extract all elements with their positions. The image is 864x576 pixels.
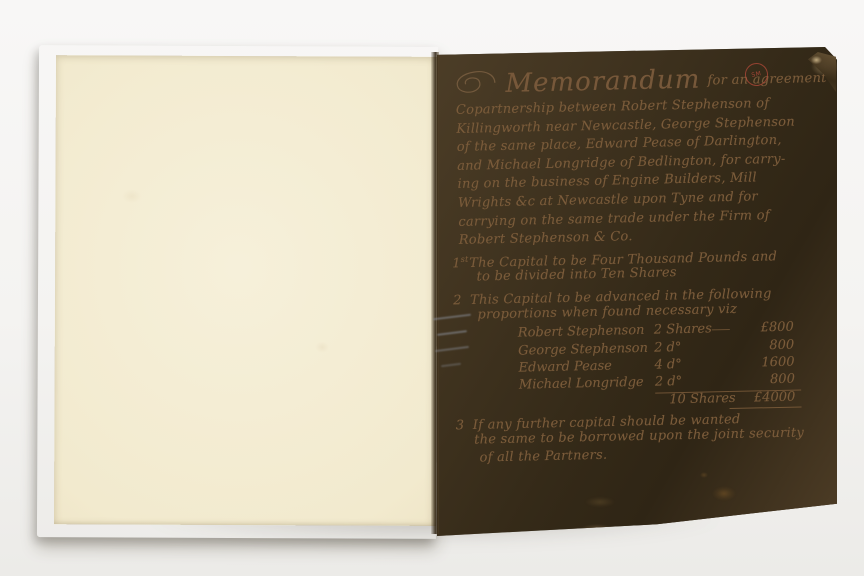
manuscript-text-block: Memorandum for an agreement of Copartner… <box>452 58 827 469</box>
document-title: Memorandum <box>505 65 701 99</box>
clause-1-number: 1st <box>452 250 469 273</box>
ghost-offset-marks <box>433 316 479 386</box>
page-stain <box>585 497 615 507</box>
ink-leader-line <box>712 329 730 330</box>
photo-of-open-notebook: Memorandum for an agreement of Copartner… <box>0 0 864 576</box>
clause-2-number: 2 <box>453 288 470 311</box>
left-cover-board-marbled <box>37 45 438 539</box>
capital-shares-table: Robert Stephenson 2 Shares £800 George S… <box>518 318 826 412</box>
page-stain <box>700 472 708 478</box>
clause-3-number: 3 <box>456 413 473 436</box>
total-amount: £4000 <box>729 388 801 409</box>
book-gutter <box>431 52 439 534</box>
calligraphic-flourish-icon <box>452 67 499 98</box>
right-page-manuscript: Memorandum for an agreement of Copartner… <box>437 51 828 530</box>
left-page-pastedown-blank <box>54 55 438 526</box>
page-stain <box>712 486 736 501</box>
